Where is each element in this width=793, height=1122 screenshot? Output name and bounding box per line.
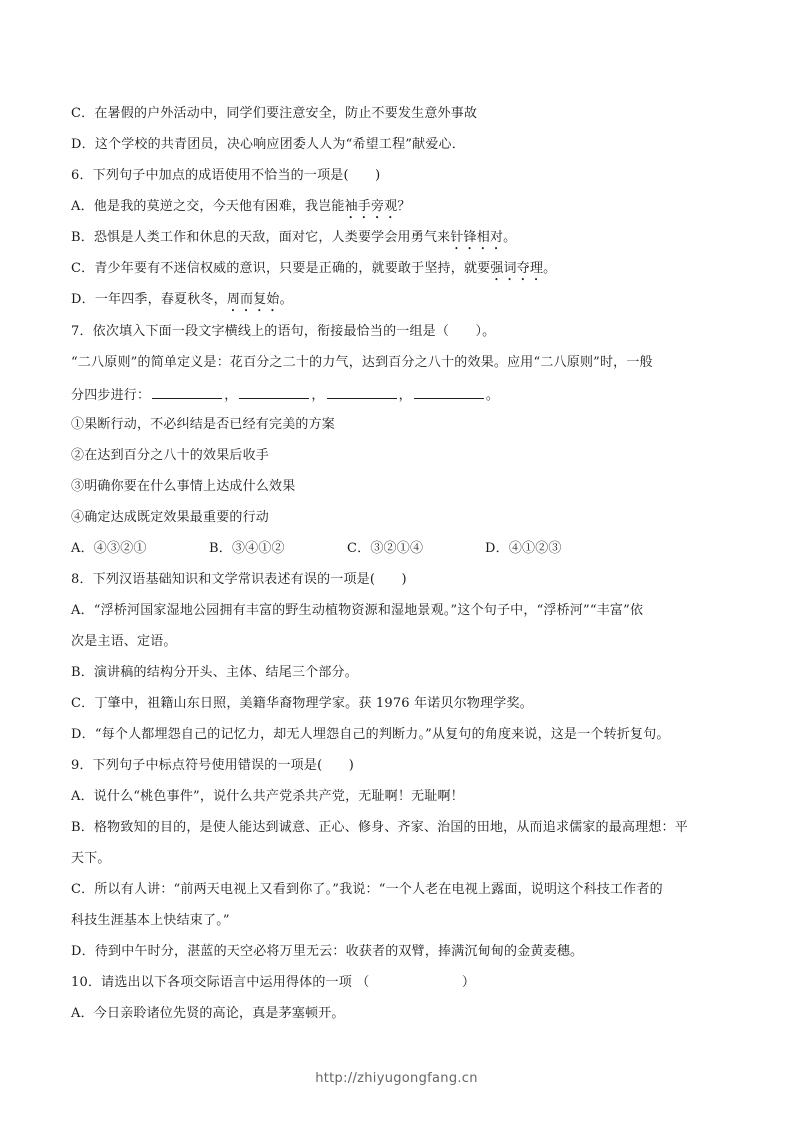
text: 。: [543, 261, 556, 276]
q6-option-b: B．恐惧是人类工作和休息的天敌，面对它，人类要学会用勇气来针锋相对。: [71, 230, 516, 253]
comma: ，: [224, 388, 237, 403]
text: B．恐惧是人类工作和休息的天敌，面对它，人类要学会用勇气来: [71, 230, 450, 245]
q9-option-c-line-1: C．所以有人讲：“前两天电视上又看到你了。”我说：“一个人老在电视上露面，说明这…: [71, 882, 663, 898]
q7-option-b: B．③④①②: [209, 541, 347, 557]
q7-passage-line-1: “二八原则”的简单定义是：花百分之二十的力气，达到百分之八十的效果。应用“二八原…: [71, 355, 653, 371]
dotted-idiom: 周而复始: [227, 292, 280, 307]
q8-option-d: D．“每个人都埋怨自己的记忆力，却无人埋怨自己的判断力。”从复句的角度来说，这是…: [71, 727, 670, 743]
q6-option-c: C．青少年要有不迷信权威的意识，只要是正确的，就要敢于坚持，就要强词夺理。: [71, 261, 556, 284]
q9-option-c-line-2: 科技生涯基本上快结束了。”: [71, 913, 230, 929]
q9-option-d: D．待到中午时分，湛蓝的天空必将万里无云：收获者的双臂，捧满沉甸甸的金黄麦穗。: [71, 944, 583, 960]
q7-option-a: A．④③②①: [71, 541, 209, 557]
fill-blank-1: [152, 386, 222, 399]
text: ？: [397, 199, 410, 214]
q7-stem: 7．依次填入下面一段文字横线上的语句，衔接最恰当的一组是（ ）。: [71, 324, 495, 340]
text: A．他是我的莫逆之交，今天他有困难，我岂能: [71, 199, 345, 214]
q7-sentence-4: ④确定达成既定效果最重要的行动: [71, 510, 269, 526]
q7-options: A．④③②①B．③④①②C．③②①④D．④①②③: [71, 541, 623, 557]
text: 。: [503, 230, 516, 245]
q6-option-a: A．他是我的莫逆之交，今天他有困难，我岂能袖手旁观？: [71, 199, 411, 222]
q9-option-b-line-1: B．格物致知的目的，是使人能达到诚意、正心、修身、齐家、治国的田地，从而追求儒家…: [71, 820, 688, 836]
text: D．一年四季，春夏秋冬，: [71, 292, 227, 307]
q7-sentence-3: ③明确你要在什么事情上达成什么效果: [71, 479, 295, 495]
q10-option-a: A．今日亲聆诸位先贤的高论，真是茅塞顿开。: [71, 1006, 345, 1022]
text: 。: [280, 292, 293, 307]
q9-stem: 9．下列句子中标点符号使用错误的一项是( ): [71, 758, 354, 774]
dotted-idiom: 针锋相对: [450, 230, 503, 245]
q7-sentence-2: ②在达到百分之八十的效果后收手: [71, 448, 269, 464]
comma: ，: [399, 388, 412, 403]
q8-option-c: C．丁肇中，祖籍山东日照，美籍华裔物理学家。获 1976 年诺贝尔物理学奖。: [71, 696, 533, 712]
document-page: C．在暑假的户外活动中，同学们要注意安全，防止不要发生意外事故 D．这个学校的共…: [0, 0, 793, 1122]
footer-url: http://zhiyugongfang.cn: [0, 1071, 793, 1086]
q9-option-b-line-2: 天下。: [71, 851, 111, 867]
comma: ，: [311, 388, 324, 403]
q5-option-c: C．在暑假的户外活动中，同学们要注意安全，防止不要发生意外事故: [71, 106, 477, 122]
text: C．青少年要有不迷信权威的意识，只要是正确的，就要敢于坚持，就要: [71, 261, 490, 276]
q6-option-d: D．一年四季，春夏秋冬，周而复始。: [71, 292, 293, 315]
q8-option-a-line-1: A．“浮桥河国家湿地公园拥有丰富的野生动植物资源和湿地景观。”这个句子中，“浮桥…: [71, 603, 643, 619]
q10-stem: 10．请选出以下各项交际语言中运用得体的一项 （ ）: [71, 975, 475, 991]
period: 。: [486, 388, 499, 403]
fill-blank-2: [239, 386, 309, 399]
q8-option-a-line-2: 次是主语、定语。: [71, 634, 177, 650]
q8-option-b: B．演讲稿的结构分开头、主体、结尾三个部分。: [71, 665, 358, 681]
q7-passage-line-2: 分四步进行：，，，。: [71, 386, 499, 404]
q6-stem: 6．下列句子中加点的成语使用不恰当的一项是( ): [71, 168, 380, 184]
text: 分四步进行：: [71, 388, 150, 403]
q7-option-c: C．③②①④: [347, 541, 485, 557]
fill-blank-3: [327, 386, 397, 399]
q7-sentence-1: ①果断行动，不必纠结是否已经有完美的方案: [71, 417, 335, 433]
q8-stem: 8．下列汉语基础知识和文学常识表述有误的一项是( ): [71, 572, 407, 588]
dotted-idiom: 强词夺理: [490, 261, 543, 276]
q7-option-d: D．④①②③: [485, 541, 623, 557]
dotted-idiom: 袖手旁观: [345, 199, 398, 214]
q5-option-d: D．这个学校的共青团员，决心响应团委人人为“希望工程”献爱心．: [71, 137, 465, 153]
q9-option-a: A．说什么“桃色事件”，说什么共产党杀共产党，无耻啊！无耻啊！: [71, 789, 464, 805]
fill-blank-4: [414, 386, 484, 399]
